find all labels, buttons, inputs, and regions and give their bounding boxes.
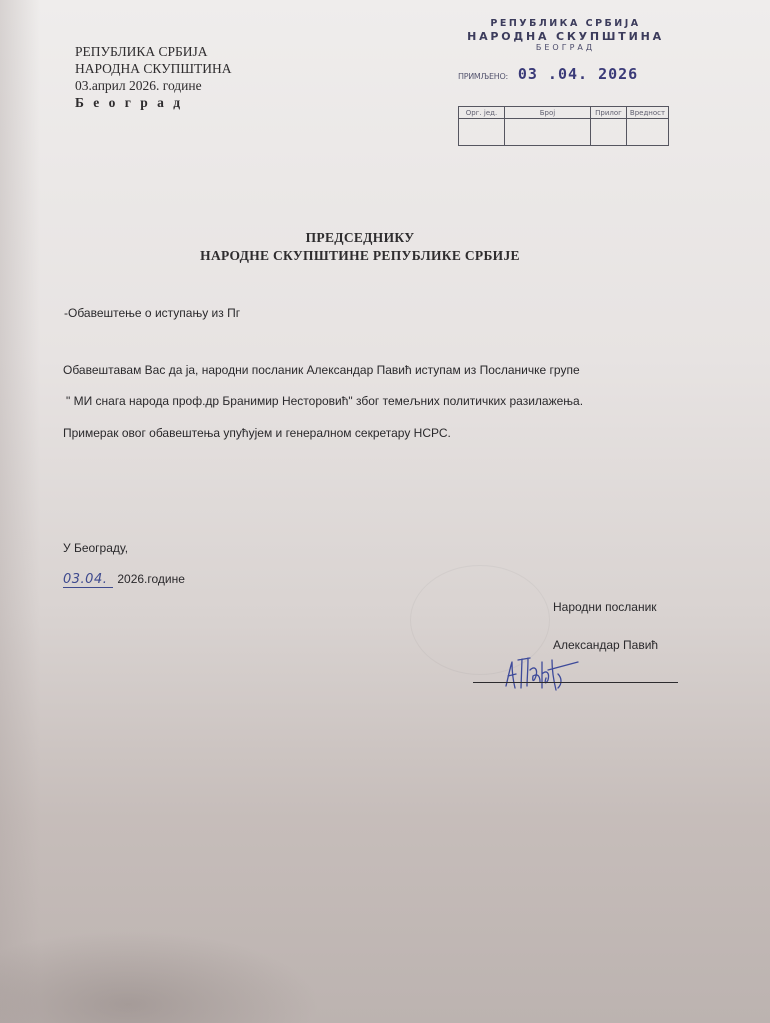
body-paragraph-2: " МИ снага народа проф.др Бранимир Несто…	[66, 394, 583, 408]
stamp-table-header: Број	[505, 107, 591, 119]
body-paragraph-3: Примерак овог обавештења упућујем и гене…	[63, 426, 451, 440]
stamp-table-cell	[459, 119, 505, 146]
stamp-received-label: ПРИМЉЕНО:	[458, 72, 508, 81]
stamp-city: БЕОГРАД	[458, 43, 673, 52]
stamp-received-row: ПРИМЉЕНО: 03 .04. 2026	[458, 65, 673, 83]
stamp-table-header: Прилог	[591, 107, 627, 119]
letterhead-city: Б е о г р а д	[75, 94, 232, 111]
stamp-received-date: 03 .04. 2026	[518, 65, 638, 83]
closing-year: 2026.године	[117, 572, 185, 586]
addressee-title: ПРЕДСЕДНИКУ НАРОДНЕ СКУПШТИНЕ РЕПУБЛИКЕ …	[0, 229, 720, 265]
stamp-table-header-row: Орг. јед. Број Прилог Вредност	[459, 107, 669, 119]
letterhead-date: 03.април 2026. године	[75, 77, 232, 94]
stamp-institution: НАРОДНА СКУПШТИНА	[458, 30, 673, 43]
closing-place: У Београду,	[63, 541, 128, 555]
paper-shadow-bottom	[0, 930, 320, 1023]
stamp-table-header: Вредност	[627, 107, 669, 119]
handwritten-date: 03.04.	[63, 572, 113, 588]
stamp-table-header: Орг. јед.	[459, 107, 505, 119]
letterhead-country: РЕПУБЛИКА СРБИЈА	[75, 43, 232, 60]
signature-line	[473, 682, 678, 683]
handwritten-signature-icon	[500, 648, 580, 694]
letterhead-institution: НАРОДНА СКУПШТИНА	[75, 60, 232, 77]
closing-date: 03.04. 2026.године	[63, 572, 185, 588]
paper-shadow-left	[0, 0, 40, 1023]
letterhead: РЕПУБЛИКА СРБИЈА НАРОДНА СКУПШТИНА 03.ап…	[75, 43, 232, 111]
addressee-line2: НАРОДНЕ СКУПШТИНЕ РЕПУБЛИКЕ СРБИЈЕ	[0, 247, 720, 265]
signatory-title: Народни посланик	[553, 600, 657, 614]
subject-line: -Обавештење о иступању из Пг	[64, 306, 240, 320]
body-paragraph-1: Обавештавам Вас да ја, народни посланик …	[63, 363, 580, 377]
stamp-table-cell	[627, 119, 669, 146]
received-stamp: РЕПУБЛИКА СРБИЈА НАРОДНА СКУПШТИНА БЕОГР…	[458, 18, 673, 83]
stamp-table-row	[459, 119, 669, 146]
stamp-table-cell	[505, 119, 591, 146]
stamp-table-cell	[591, 119, 627, 146]
stamp-registry-table: Орг. јед. Број Прилог Вредност	[458, 106, 669, 146]
stamp-country: РЕПУБЛИКА СРБИЈА	[458, 18, 673, 29]
addressee-line1: ПРЕДСЕДНИКУ	[0, 229, 720, 247]
